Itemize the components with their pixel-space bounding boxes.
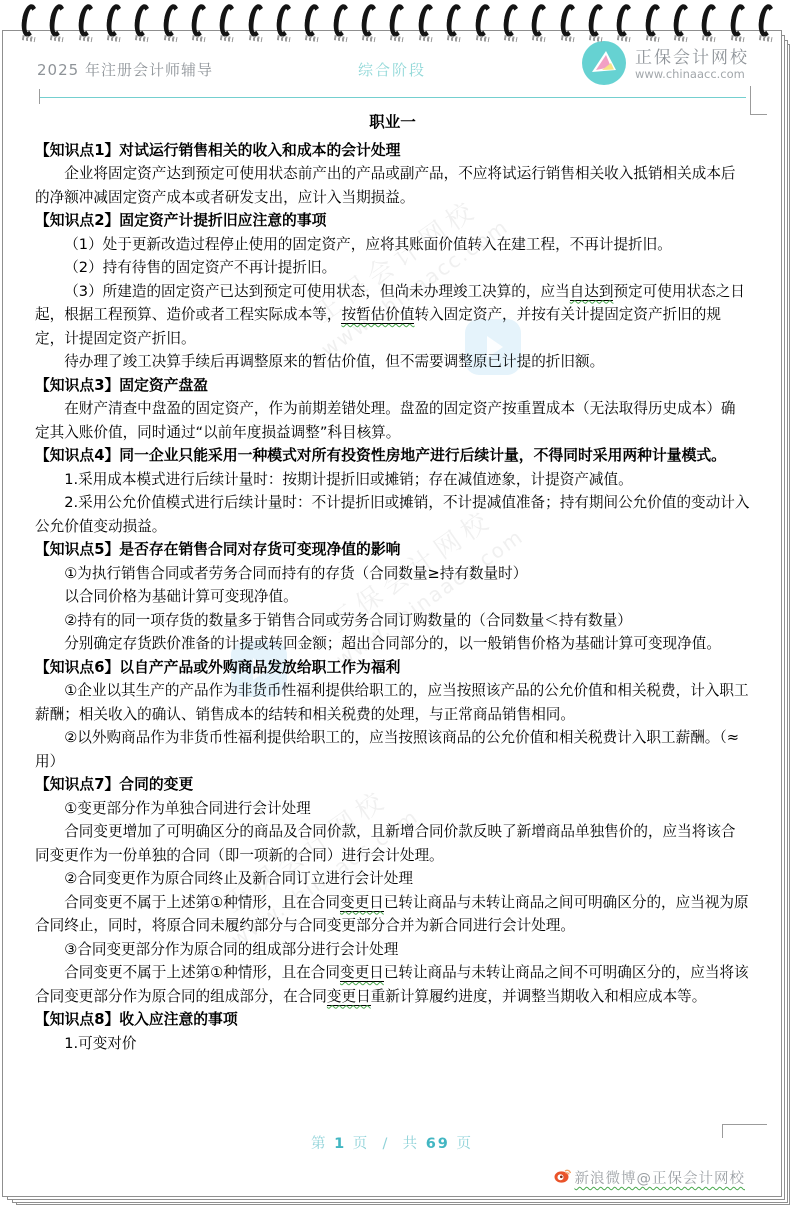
paragraph: 合同变更不属于上述第①种情形，且在合同变更日已转让商品与未转让商品之间不可明确区… — [35, 961, 750, 1008]
spiral-ring — [671, 3, 691, 38]
spiral-ring — [218, 3, 238, 38]
kp3-heading: 【知识点3】固定资产盘盈 — [35, 374, 750, 398]
paragraph: 合同变更不属于上述第①种情形，且在合同变更日已转让商品与未转让商品之间可明确区分… — [35, 891, 750, 938]
spiral-ring — [501, 3, 521, 38]
kp8-heading: 【知识点8】收入应注意的事项 — [35, 1008, 750, 1032]
paragraph: ②以外购商品作为非货币性福利提供给职工的，应当按照该商品的公允价值和相关税费计入… — [35, 726, 750, 773]
underlined-phrase: 变更日 — [340, 964, 384, 982]
spiral-ring — [445, 3, 465, 38]
paragraph: 合同变更增加了可明确区分的商品及合同价款，且新增合同价款反映了新增商品单独售价的… — [35, 820, 750, 867]
paragraph: 分别确定存货跌价准备的计提或转回金额；超出合同部分的，以一般销售价格为基础计算可… — [35, 632, 750, 656]
spiral-ring — [161, 3, 181, 38]
brand-name: 正保会计网校 — [635, 48, 749, 68]
document-title: 职业一 — [35, 111, 750, 135]
paragraph: 1.采用成本模式进行后续计量时：按期计提折旧或摊销；存在减值迹象，计提资产减值。 — [35, 468, 750, 492]
paragraph: ③合同变更部分作为原合同的组成部分进行会计处理 — [35, 938, 750, 962]
spiral-ring — [48, 3, 68, 38]
spiral-ring — [558, 3, 578, 38]
spiral-ring — [700, 3, 720, 38]
kp2-heading: 【知识点2】固定资产计提折旧应注意的事项 — [35, 209, 750, 233]
brand-site-url: www.chinaacc.com — [635, 68, 749, 82]
spiral-ring — [360, 3, 380, 38]
weibo-handle: 新浪微博@正保会计网校 — [575, 1167, 746, 1188]
paragraph: 2.采用公允价值模式进行后续计量时：不计提折旧或摊销，不计提减值准备；持有期间公… — [35, 491, 750, 538]
spiral-ring — [615, 3, 635, 38]
spiral-ring — [473, 3, 493, 38]
crop-mark — [750, 86, 751, 115]
kp7-heading: 【知识点7】合同的变更 — [35, 773, 750, 797]
crop-mark — [750, 114, 767, 115]
crop-mark — [722, 1124, 767, 1125]
spiral-ring — [20, 3, 40, 38]
paragraph: 待办理了竣工决算手续后再调整原来的暂估价值，但不需要调整原已计提的折旧额。 — [35, 350, 750, 374]
spiral-ring — [105, 3, 125, 38]
page-number: 第 1 页 / 共 69 页 — [3, 1132, 781, 1153]
crop-mark — [39, 89, 40, 104]
kp5-heading: 【知识点5】是否存在销售合同对存货可变现净值的影响 — [35, 538, 750, 562]
underlined-phrase: 变更日 — [327, 988, 371, 1006]
header-separator — [39, 97, 746, 98]
spiral-ring — [331, 3, 351, 38]
paragraph: 在财产清查中盘盈的固定资产，作为前期差错处理。盘盈的固定资产按重置成本（无法取得… — [35, 397, 750, 444]
paragraph: ②合同变更作为原合同终止及新合同订立进行会计处理 — [35, 867, 750, 891]
spiral-ring — [530, 3, 550, 38]
current-page-number: 1 — [334, 1136, 346, 1152]
paragraph: 企业将固定资产达到预定可使用状态前产出的产品或副产品，不应将试运行销售相关收入抵… — [35, 162, 750, 209]
spiral-ring — [756, 3, 776, 38]
kp4-heading: 【知识点4】同一企业只能采用一种模式对所有投资性房地产进行后续计量，不得同时采用… — [35, 444, 750, 468]
paragraph: 1.可变对价 — [35, 1032, 750, 1056]
paragraph: 以合同价格为基础计算可变现净值。 — [35, 585, 750, 609]
document-content: 职业一 【知识点1】对试运行销售相关的收入和成本的会计处理 企业将固定资产达到预… — [35, 111, 750, 1055]
underlined-phrase: 自达到 — [570, 283, 614, 301]
spiral-ring — [388, 3, 408, 38]
spiral-ring — [275, 3, 295, 38]
paragraph: （1）处于更新改造过程停止使用的固定资产，应将其账面价值转入在建工程，不再计提折… — [35, 233, 750, 257]
spiral-binding — [22, 4, 774, 48]
spiral-ring — [416, 3, 436, 38]
weibo-line: 新浪微博@正保会计网校 — [554, 1167, 746, 1188]
spiral-ring — [133, 3, 153, 38]
spiral-ring — [586, 3, 606, 38]
paragraph: （2）持有待售的固定资产不再计提折旧。 — [35, 256, 750, 280]
kp6-heading: 【知识点6】以自产产品或外购商品发放给职工作为福利 — [35, 656, 750, 680]
paragraph: （3）所建造的固定资产已达到预定可使用状态，但尚未办理竣工决算的，应当自达到预定… — [35, 280, 750, 351]
total-page-number: 69 — [426, 1136, 450, 1152]
document-page: 2025 年注册会计师辅导 综合阶段 正保会计网校 www.chinaacc.c… — [2, 30, 782, 1197]
spiral-ring — [728, 3, 748, 38]
paragraph: ①企业以其生产的产品作为非货币性福利提供给职工的，应当按照该产品的公允价值和相关… — [35, 679, 750, 726]
paragraph: ①变更部分作为单独合同进行会计处理 — [35, 797, 750, 821]
spiral-ring — [643, 3, 663, 38]
spiral-ring — [190, 3, 210, 38]
underlined-phrase: 变更日 — [340, 894, 384, 912]
kp1-heading: 【知识点1】对试运行销售相关的收入和成本的会计处理 — [35, 139, 750, 163]
brand-block: 正保会计网校 www.chinaacc.com — [582, 41, 749, 89]
underlined-phrase: 按暂估价值 — [341, 306, 414, 324]
paragraph: ①为执行销售合同或者劳务合同而持有的存货（合同数量≥持有数量时） — [35, 562, 750, 586]
spiral-ring — [246, 3, 266, 38]
brand-logo-icon — [582, 41, 626, 89]
spiral-ring — [303, 3, 323, 38]
paragraph: ②持有的同一项存货的数量多于销售合同或劳务合同订购数量的（合同数量＜持有数量） — [35, 609, 750, 633]
spiral-ring — [76, 3, 96, 38]
weibo-icon — [554, 1168, 571, 1187]
